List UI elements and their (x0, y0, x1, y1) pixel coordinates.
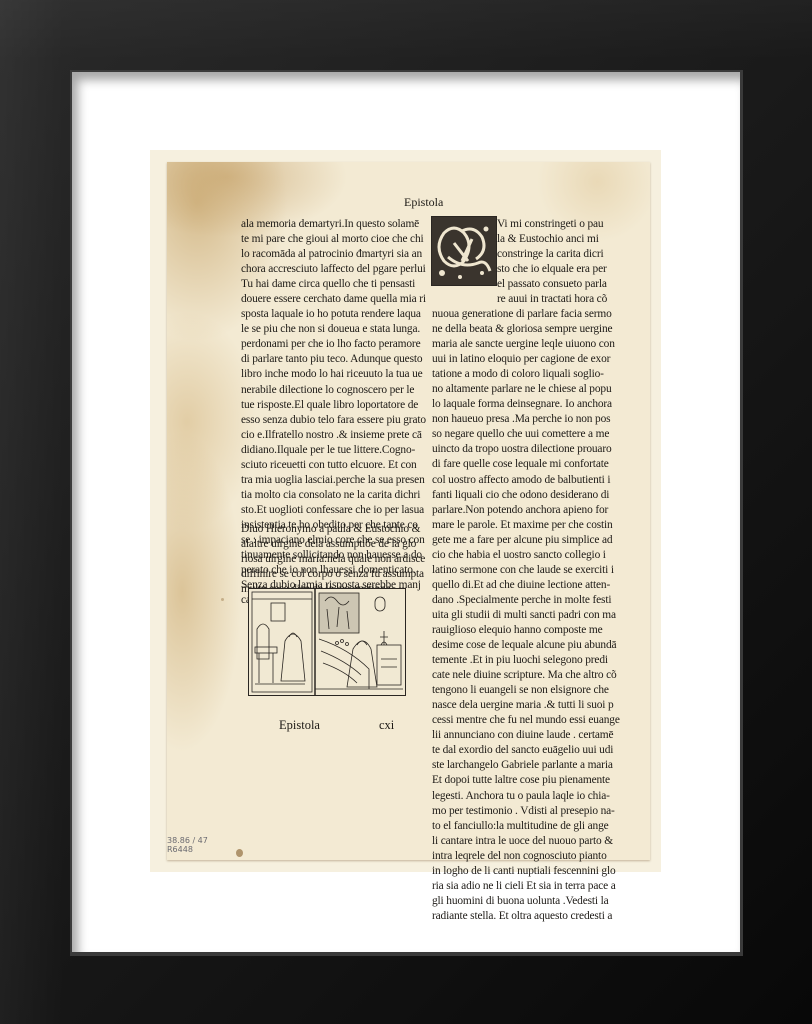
text-line: perdonami per che io lho facto peramore (241, 337, 426, 352)
text-line: ria sia adio ne li cieli Et sia in terra… (432, 879, 620, 894)
text-line: maria ale sancte uergine leqle uiuono co… (432, 337, 620, 352)
text-line: di fare quelle cose lequale mi confortat… (432, 457, 620, 472)
text-line: uincto da tropo uostra dilectione prouar… (432, 442, 620, 457)
text-line: ala memoria demartyri.In questo solamē (241, 217, 426, 232)
text-line: latino sermone con che laude se exerciti… (432, 563, 620, 578)
text-line: uita gli studii di multi sancti padri co… (432, 608, 620, 623)
text-line: douere essere cerchato dame quella mia r… (241, 292, 426, 307)
text-line: Tu hai dame circa quello che ti pensasti (241, 277, 426, 292)
text-line: mare le parole. Et maxime per che costin (432, 518, 620, 533)
paper-stain (236, 849, 243, 857)
text-line: nuoua generatione di parlare facia sermo (432, 307, 620, 322)
text-line: le se piu che non si doueua e stata lung… (241, 322, 426, 337)
text-line: diffinire se col corpo o senza fu assump… (241, 567, 425, 582)
text-line: tengono li euangeli se non elsignore che (432, 683, 620, 698)
text-line: constringe la carita dicri (497, 247, 607, 262)
text-line: tra mia uoglia lasciai.perche la sua pre… (241, 473, 426, 488)
text-line: gete me a fare per alcune piu simplice a… (432, 533, 620, 548)
text-line: lo racomāda al patrocinio đmartyri sia a… (241, 247, 426, 262)
text-line: uui in latino eloquio per cagione de exo… (432, 352, 620, 367)
text-line: gli huomini di buona uolunta .Vedesti la (432, 894, 620, 909)
text-line: chora accresciuto laffecto del pgare per… (241, 262, 426, 277)
text-line: sto.Et uoglioti confessare che io per la… (241, 503, 426, 518)
text-line: nasce dela uergine maria .& tutti li suo… (432, 698, 620, 713)
text-line: intra leqrele del non cognosciuto pianto (432, 849, 620, 864)
text-line: ne della beata & gloriosa sempre uergine (432, 322, 620, 337)
text-line: ste larchangelo Gabriele parlante a mari… (432, 758, 620, 773)
text-line: cate nele diuine scripture. Ma che altro… (432, 668, 620, 683)
text-line: parlare.Non potendo anchora apieno for (432, 503, 620, 518)
text-line: col uostro affecto amodo de balbutienti … (432, 473, 620, 488)
text-line: el passato consueto parla (497, 277, 607, 292)
text-line: sciuto riceuetti con tutto elcuore. Et c… (241, 458, 426, 473)
text-line: radiante stella. Et oltra aquesto credes… (432, 909, 620, 924)
text-line: temente .Et in piu luochi selegono predi (432, 653, 620, 668)
text-line: tatione a modo di coloro liquali soglio- (432, 367, 620, 382)
text-line: mo per testimonio . Vdisti al presepio n… (432, 804, 620, 819)
text-line: sposta laquale io ho potuta rendere laqu… (241, 307, 426, 322)
text-line: tia molto cia consolato ne la carita dic… (241, 488, 426, 503)
catalogue-number: R6448 (167, 845, 208, 854)
text-line: tue risposte.El quale libro loportatore … (241, 398, 426, 413)
text-line: fanti liquali cio che odono desiderano d… (432, 488, 620, 503)
text-line: non haueuo presa .Ma perche io non pos (432, 412, 620, 427)
epistle-heading: Diuo Hieronymo a paula & Eustochio &alal… (241, 522, 425, 597)
text-line: libro inche modo lo hai riceuuto la tua … (241, 367, 426, 382)
woodcut-scene-icon (249, 589, 405, 695)
text-line: no altamente parlare ne le chiese al pop… (432, 382, 620, 397)
text-line: Vi mi constringeti o pau (497, 217, 607, 232)
text-line: te mi pare che gioui al morto cioe che c… (241, 232, 426, 247)
woodcut-illustration (248, 588, 406, 696)
decorated-initial (431, 216, 497, 286)
text-line: didiano.Ilquale per le tue littere.Cogno… (241, 443, 426, 458)
folio-number: cxi (379, 718, 394, 733)
text-line: sto che io elquale era per (497, 262, 607, 277)
text-line: lo laquale forma deinsegnare. Io anchora (432, 397, 620, 412)
text-line: Diuo Hieronymo a paula & Eustochio & (241, 522, 425, 537)
decorated-initial-q-icon (432, 217, 496, 285)
inventory-label: 38.86 / 47 R6448 (167, 836, 208, 854)
text-line: in logho de li canti nuptiali fescennini… (432, 864, 620, 879)
text-line: cio e.Ilfratello nostro .& insieme prete… (241, 428, 426, 443)
text-line: alaltre uirgine dela assumptiõe de la gl… (241, 537, 425, 552)
text-line: desime cose de lequale alcune piu abundā (432, 638, 620, 653)
text-line: riosa uirgine maria:nela quale non ardis… (241, 552, 425, 567)
right-column-beside-initial: Vi mi constringeti o paula & Eustochio a… (497, 217, 607, 307)
text-line: rauiglioso elequio hanno composte me (432, 623, 620, 638)
paper-stain (221, 598, 224, 601)
text-line: to el fanciullo:la multitudine de gli an… (432, 819, 620, 834)
text-line: di parlare tanto piu teco. Adunque quest… (241, 352, 426, 367)
right-column-text: nuoua generatione di parlare facia sermo… (432, 307, 620, 924)
text-line: legesti. Anchora tu o paula laqle io chi… (432, 789, 620, 804)
text-line: so negare quello che uui comettere a me (432, 427, 620, 442)
text-line: li cantare intra le uoce del nuouo parto… (432, 834, 620, 849)
running-head: Epistola (404, 195, 443, 210)
text-line: nerabile dilectione lo cognoscero per le (241, 383, 426, 398)
text-line: cio che habia el uostro sancto collegio … (432, 548, 620, 563)
text-line: cessi mentre che fu nel mundo essi euang… (432, 713, 620, 728)
text-line: te dal exordio del sancto euāgelio uui u… (432, 743, 620, 758)
inventory-number: 38.86 / 47 (167, 836, 208, 845)
text-line: la & Eustochio anci mi (497, 232, 607, 247)
footer-title: Epistola (279, 718, 320, 733)
text-line: quello di.Et ad che diuine lectione atte… (432, 578, 620, 593)
text-line: lii annunciano con diuine laude . certam… (432, 728, 620, 743)
text-line: dano .Specialmente perche in molte festi (432, 593, 620, 608)
text-line: re auui in tractati hora cõ (497, 292, 607, 307)
text-line: Et dopoi tutte laltre cose piu pienament… (432, 773, 620, 788)
text-line: esso senza dubio telo fara essere piu gr… (241, 413, 426, 428)
